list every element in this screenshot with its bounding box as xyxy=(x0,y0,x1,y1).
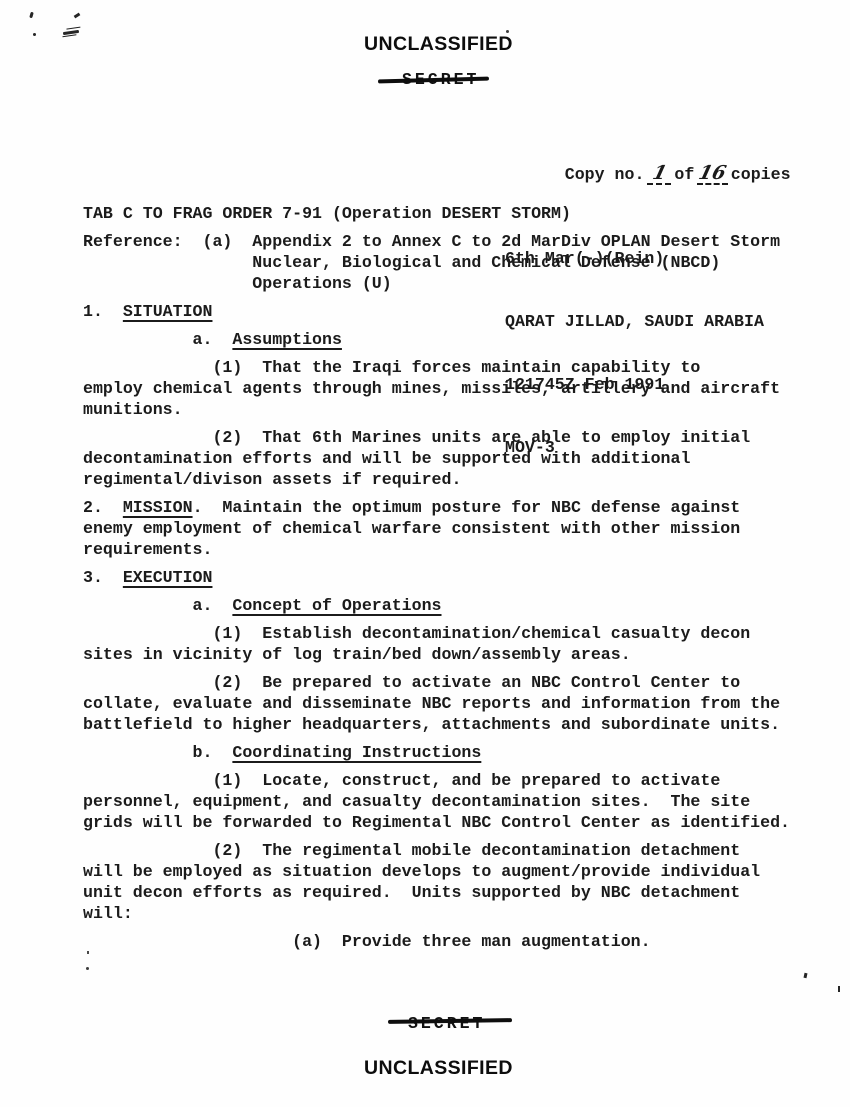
paragraph: (a) Provide three man augmentation. xyxy=(83,931,790,952)
scan-artifact xyxy=(86,967,89,970)
paragraph: (2) Be prepared to activate an NBC Contr… xyxy=(83,672,790,735)
copies-total-slot: 16 xyxy=(697,165,727,185)
paragraph: 1. SITUATION xyxy=(83,301,790,322)
scan-artifact xyxy=(804,973,808,979)
body-text-segment: (2) That 6th Marines units are able to e… xyxy=(83,428,750,489)
copies-total-handwritten: 16 xyxy=(697,165,728,182)
paragraph: (1) Establish decontamination/chemical c… xyxy=(83,623,790,665)
paragraph: a. Assumptions xyxy=(83,329,790,350)
body-text-segment: a. xyxy=(83,330,232,349)
underlined-heading: Assumptions xyxy=(232,330,342,349)
secret-label-bottom: SECRET xyxy=(408,1014,485,1033)
document-body: TAB C TO FRAG ORDER 7-91 (Operation DESE… xyxy=(83,203,790,952)
body-text-segment: (2) Be prepared to activate an NBC Contr… xyxy=(83,673,780,734)
paragraph: b. Coordinating Instructions xyxy=(83,742,790,763)
underlined-heading: EXECUTION xyxy=(123,568,213,587)
paragraph: (1) Locate, construct, and be prepared t… xyxy=(83,770,790,833)
underlined-heading: MISSION xyxy=(123,498,193,517)
scan-artifact xyxy=(63,30,79,35)
body-text-segment: 2. xyxy=(83,498,123,517)
copy-number-slot: 1 xyxy=(647,165,671,185)
secret-stamp-top: SECRET xyxy=(402,70,479,89)
body-text-segment: (a) Provide three man augmentation. xyxy=(83,932,651,951)
paragraph: (2) The regimental mobile decontaminatio… xyxy=(83,840,790,924)
paragraph: a. Concept of Operations xyxy=(83,595,790,616)
document-page: UNCLASSIFIED SECRET Copy no.1of16copies … xyxy=(0,0,850,1107)
paragraph: 2. MISSION. Maintain the optimum posture… xyxy=(83,497,790,560)
body-text-segment: (1) That the Iraqi forces maintain capab… xyxy=(83,358,780,419)
unclassified-stamp-top: UNCLASSIFIED xyxy=(364,33,513,56)
scan-artifact xyxy=(33,33,36,36)
scan-artifact xyxy=(838,986,840,992)
scan-artifact xyxy=(29,12,34,19)
unclassified-stamp-bottom: UNCLASSIFIED xyxy=(364,1057,513,1080)
body-text-segment: Reference: (a) Appendix 2 to Annex C to … xyxy=(83,232,780,293)
copy-middle: of xyxy=(674,165,694,184)
paragraph: (2) That 6th Marines units are able to e… xyxy=(83,427,790,490)
copy-number-line: Copy no.1of16copies xyxy=(505,143,791,206)
body-text-segment: (2) The regimental mobile decontaminatio… xyxy=(83,841,760,923)
scan-artifact xyxy=(74,13,81,19)
paragraph: 3. EXECUTION xyxy=(83,567,790,588)
paragraph: TAB C TO FRAG ORDER 7-91 (Operation DESE… xyxy=(83,203,790,224)
copy-number-handwritten: 1 xyxy=(651,165,668,182)
body-text-segment: 1. xyxy=(83,302,123,321)
underlined-heading: Coordinating Instructions xyxy=(232,743,481,762)
copy-suffix: copies xyxy=(731,165,791,184)
underlined-heading: Concept of Operations xyxy=(232,596,441,615)
body-text-segment: a. xyxy=(83,596,232,615)
body-text-segment: TAB C TO FRAG ORDER 7-91 (Operation DESE… xyxy=(83,204,571,223)
body-text-segment: (1) Locate, construct, and be prepared t… xyxy=(83,771,790,832)
secret-label-top: SECRET xyxy=(402,70,479,89)
paragraph: (1) That the Iraqi forces maintain capab… xyxy=(83,357,790,420)
body-text-segment: 3. xyxy=(83,568,123,587)
copy-prefix: Copy no. xyxy=(565,165,645,184)
secret-stamp-bottom: SECRET xyxy=(408,1014,485,1033)
paragraph: Reference: (a) Appendix 2 to Annex C to … xyxy=(83,231,790,294)
underlined-heading: SITUATION xyxy=(123,302,213,321)
body-text-segment: b. xyxy=(83,743,232,762)
body-text-segment: (1) Establish decontamination/chemical c… xyxy=(83,624,750,664)
